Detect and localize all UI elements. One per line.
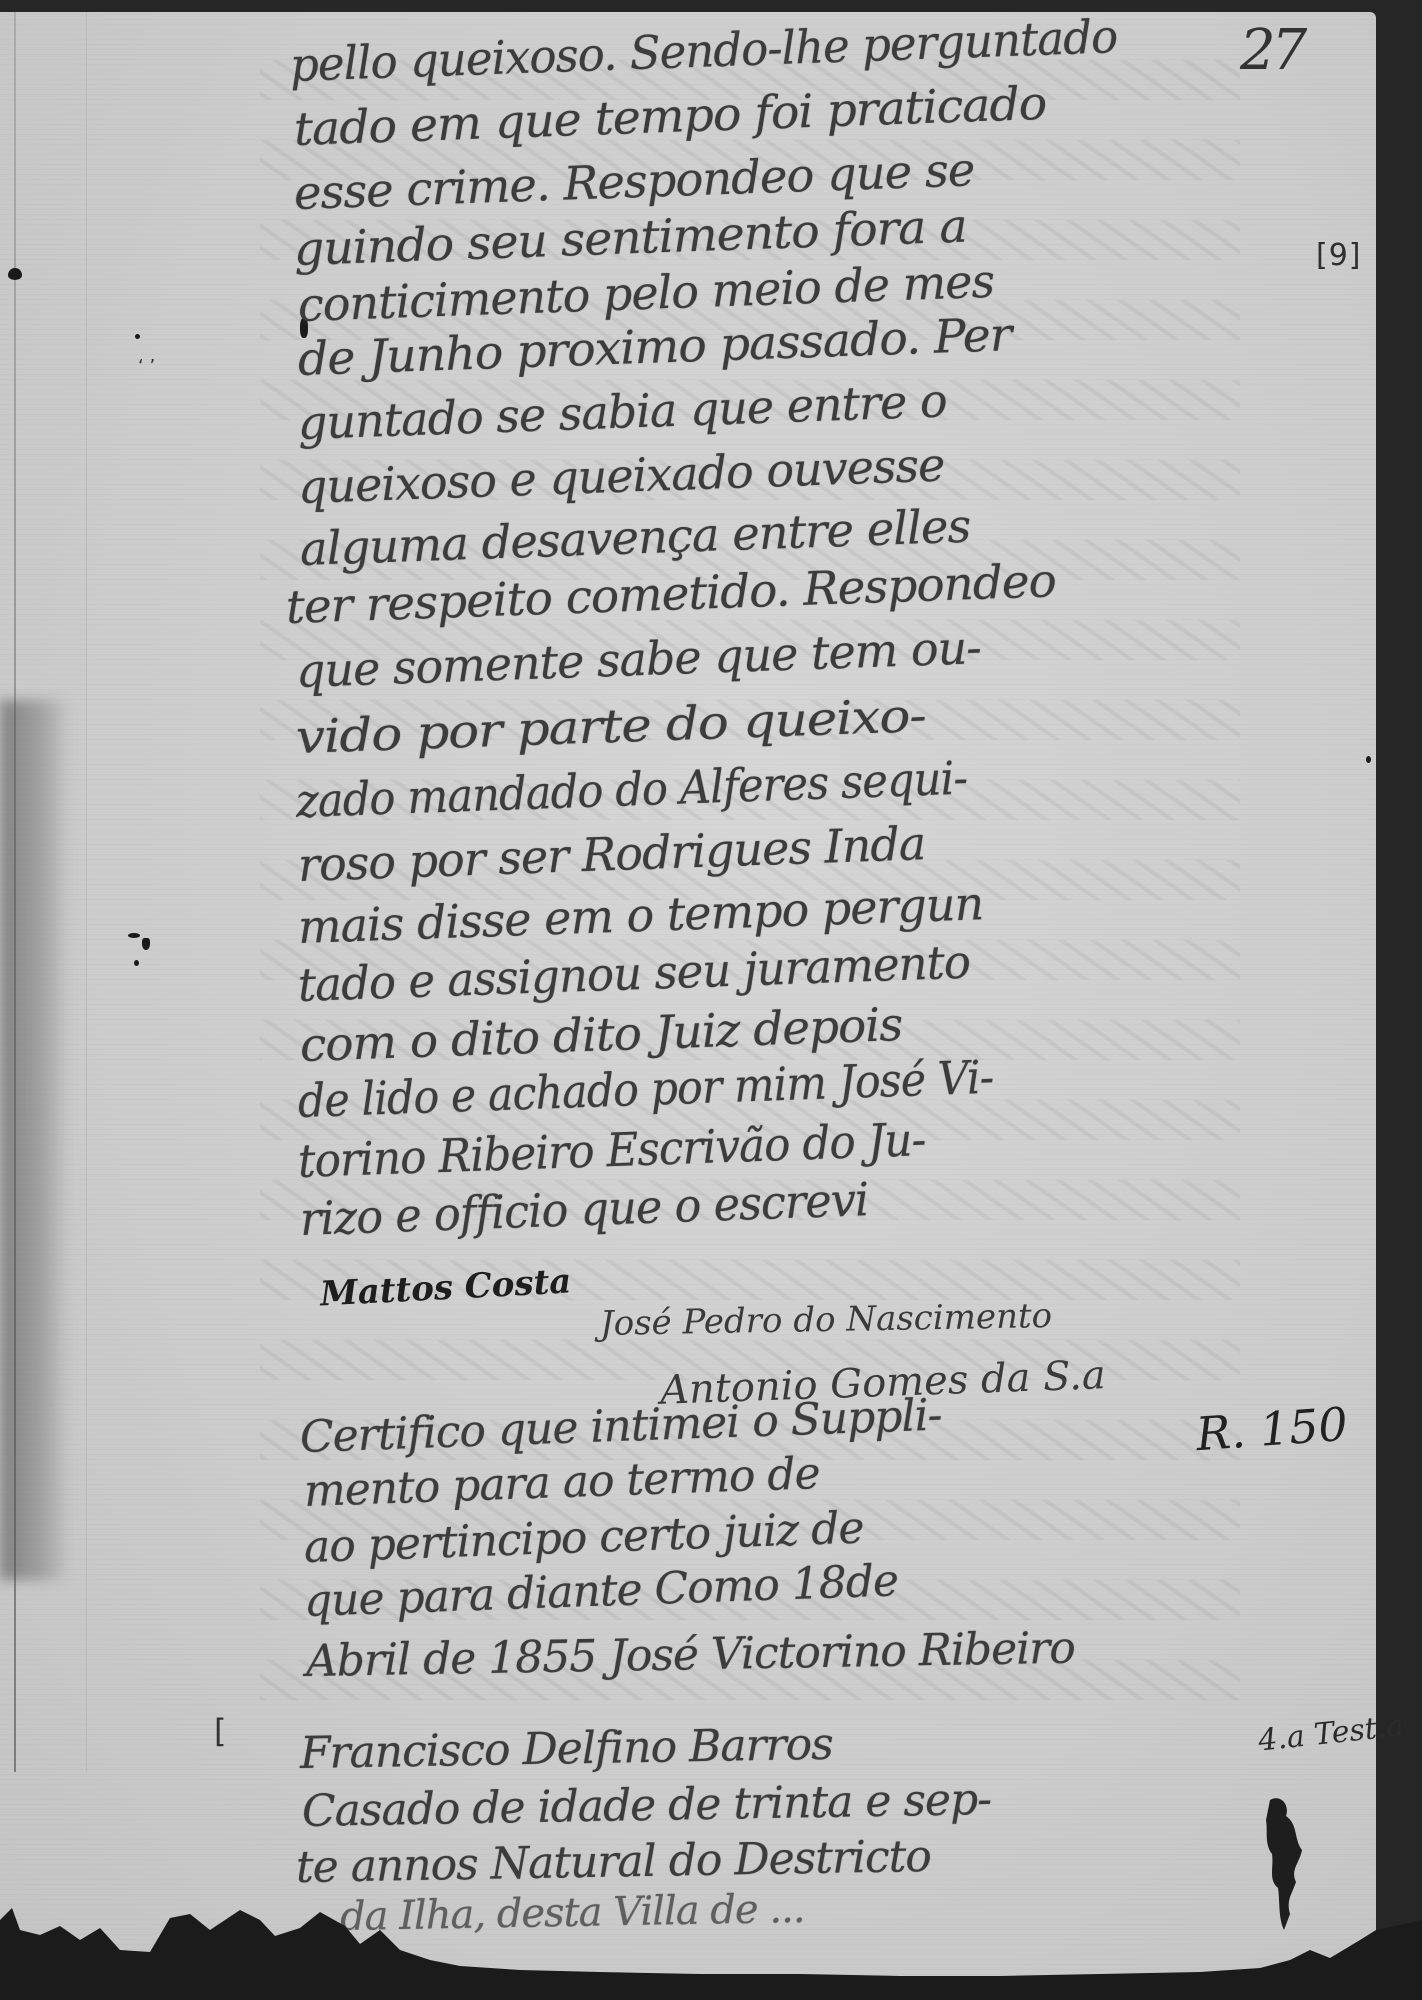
ink-speck [134,960,139,966]
page-edge-right-lower [1392,960,1422,2000]
stray-pen-marks: ‘ ’ [138,356,155,377]
left-bracket-mark: [ [214,1712,226,1750]
fee-margin-note: R. 150 [1194,1397,1349,1461]
ink-speck [128,933,140,938]
water-stain [0,700,70,1580]
ink-speck [1366,756,1371,763]
margin-crease-line [86,12,87,1772]
lower-right-damage [1250,1790,1330,1950]
ink-blot-heart [8,268,22,280]
folio-number: 27 [1240,18,1303,83]
ink-speck [135,334,140,339]
ink-speck [142,938,150,950]
witness-line: Francisco Delfino Barros [300,1719,834,1779]
signature-line: José Pedro do Nascimento [600,1296,1053,1344]
archive-bracket-number: [9] [1316,238,1362,273]
bottom-torn-edge [0,1890,1422,2000]
